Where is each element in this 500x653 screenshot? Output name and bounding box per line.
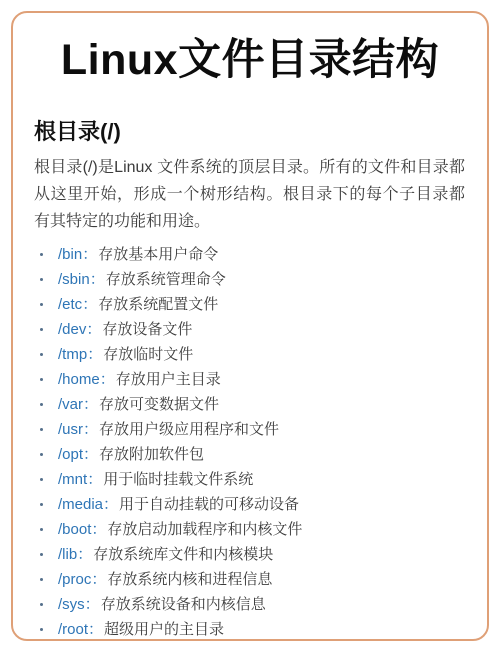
- colon-separator: ：: [82, 246, 97, 263]
- directory-name: /proc: [58, 571, 91, 588]
- directory-name: /lib: [58, 546, 77, 563]
- bullet-icon: [40, 503, 43, 506]
- colon-separator: ：: [103, 496, 118, 513]
- directory-description: 存放设备文件: [102, 321, 192, 338]
- directory-description: 存放临时文件: [103, 346, 193, 363]
- directory-description: 存放系统内核和进程信息: [107, 571, 272, 588]
- directory-name: /tmp: [58, 346, 87, 363]
- directory-name: /media: [58, 496, 103, 513]
- directory-name: /home: [58, 371, 100, 388]
- page-title: Linux文件目录结构: [21, 35, 479, 85]
- colon-separator: ：: [87, 471, 102, 488]
- section-paragraph: 根目录(/)是Linux 文件系统的顶层目录。所有的文件和目录都从这里开始，形成…: [34, 154, 465, 235]
- directory-name: /bin: [58, 246, 82, 263]
- directory-description: 存放系统库文件和内核模块: [93, 546, 273, 563]
- directory-description: 存放可变数据文件: [99, 396, 219, 413]
- colon-separator: ：: [91, 571, 106, 588]
- list-item: /tmp：存放临时文件: [34, 342, 465, 367]
- directory-description: 用于自动挂载的可移动设备: [119, 496, 299, 513]
- bullet-icon: [40, 353, 43, 356]
- directory-list: /bin：存放基本用户命令 /sbin：存放系统管理命令 /etc：存放系统配置…: [34, 242, 465, 641]
- list-item: /root：超级用户的主目录: [34, 617, 465, 641]
- colon-separator: ：: [83, 421, 98, 438]
- colon-separator: ：: [88, 621, 103, 638]
- list-item: /sys：存放系统设备和内核信息: [34, 592, 465, 617]
- list-item: /proc：存放系统内核和进程信息: [34, 567, 465, 592]
- bullet-icon: [40, 403, 43, 406]
- colon-separator: ：: [83, 396, 98, 413]
- directory-name: /mnt: [58, 471, 87, 488]
- bullet-icon: [40, 628, 43, 631]
- colon-separator: ：: [100, 371, 115, 388]
- directory-name: /sbin: [58, 271, 90, 288]
- bullet-icon: [40, 278, 43, 281]
- bullet-icon: [40, 303, 43, 306]
- colon-separator: ：: [82, 296, 97, 313]
- list-item: /etc：存放系统配置文件: [34, 292, 465, 317]
- content-area: 根目录(/) 根目录(/)是Linux 文件系统的顶层目录。所有的文件和目录都从…: [13, 119, 487, 641]
- list-item: /usr：存放用户级应用程序和文件: [34, 417, 465, 442]
- list-item: /boot：存放启动加载程序和内核文件: [34, 517, 465, 542]
- directory-description: 存放启动加载程序和内核文件: [107, 521, 302, 538]
- directory-name: /opt: [58, 446, 83, 463]
- colon-separator: ：: [77, 546, 92, 563]
- directory-name: /boot: [58, 521, 91, 538]
- directory-description: 存放附加软件包: [99, 446, 204, 463]
- list-item: /mnt：用于临时挂载文件系统: [34, 467, 465, 492]
- bullet-icon: [40, 553, 43, 556]
- list-item: /var：存放可变数据文件: [34, 392, 465, 417]
- directory-description: 存放系统配置文件: [98, 296, 218, 313]
- list-item: /lib：存放系统库文件和内核模块: [34, 542, 465, 567]
- colon-separator: ：: [91, 521, 106, 538]
- directory-description: 存放用户主目录: [116, 371, 221, 388]
- colon-separator: ：: [85, 596, 100, 613]
- directory-description: 用于临时挂载文件系统: [103, 471, 253, 488]
- bullet-icon: [40, 578, 43, 581]
- directory-description: 存放系统设备和内核信息: [101, 596, 266, 613]
- colon-separator: ：: [86, 321, 101, 338]
- bullet-icon: [40, 253, 43, 256]
- bullet-icon: [40, 428, 43, 431]
- bullet-icon: [40, 378, 43, 381]
- bullet-icon: [40, 478, 43, 481]
- list-item: /home：存放用户主目录: [34, 367, 465, 392]
- directory-name: /root: [58, 621, 88, 638]
- directory-name: /sys: [58, 596, 85, 613]
- colon-separator: ：: [87, 346, 102, 363]
- bullet-icon: [40, 328, 43, 331]
- list-item: /opt：存放附加软件包: [34, 442, 465, 467]
- directory-name: /var: [58, 396, 83, 413]
- list-item: /media：用于自动挂载的可移动设备: [34, 492, 465, 517]
- directory-description: 存放用户级应用程序和文件: [99, 421, 279, 438]
- bullet-icon: [40, 528, 43, 531]
- bullet-icon: [40, 603, 43, 606]
- directory-description: 存放基本用户命令: [98, 246, 218, 263]
- colon-separator: ：: [90, 271, 105, 288]
- section-heading: 根目录(/): [34, 119, 465, 145]
- directory-name: /etc: [58, 296, 82, 313]
- list-item: /bin：存放基本用户命令: [34, 242, 465, 267]
- colon-separator: ：: [83, 446, 98, 463]
- bordered-card: Linux文件目录结构 根目录(/) 根目录(/)是Linux 文件系统的顶层目…: [11, 11, 489, 641]
- directory-description: 超级用户的主目录: [104, 621, 224, 638]
- list-item: /sbin：存放系统管理命令: [34, 267, 465, 292]
- list-item: /dev：存放设备文件: [34, 317, 465, 342]
- directory-name: /dev: [58, 321, 86, 338]
- directory-description: 存放系统管理命令: [106, 271, 226, 288]
- bullet-icon: [40, 453, 43, 456]
- directory-name: /usr: [58, 421, 83, 438]
